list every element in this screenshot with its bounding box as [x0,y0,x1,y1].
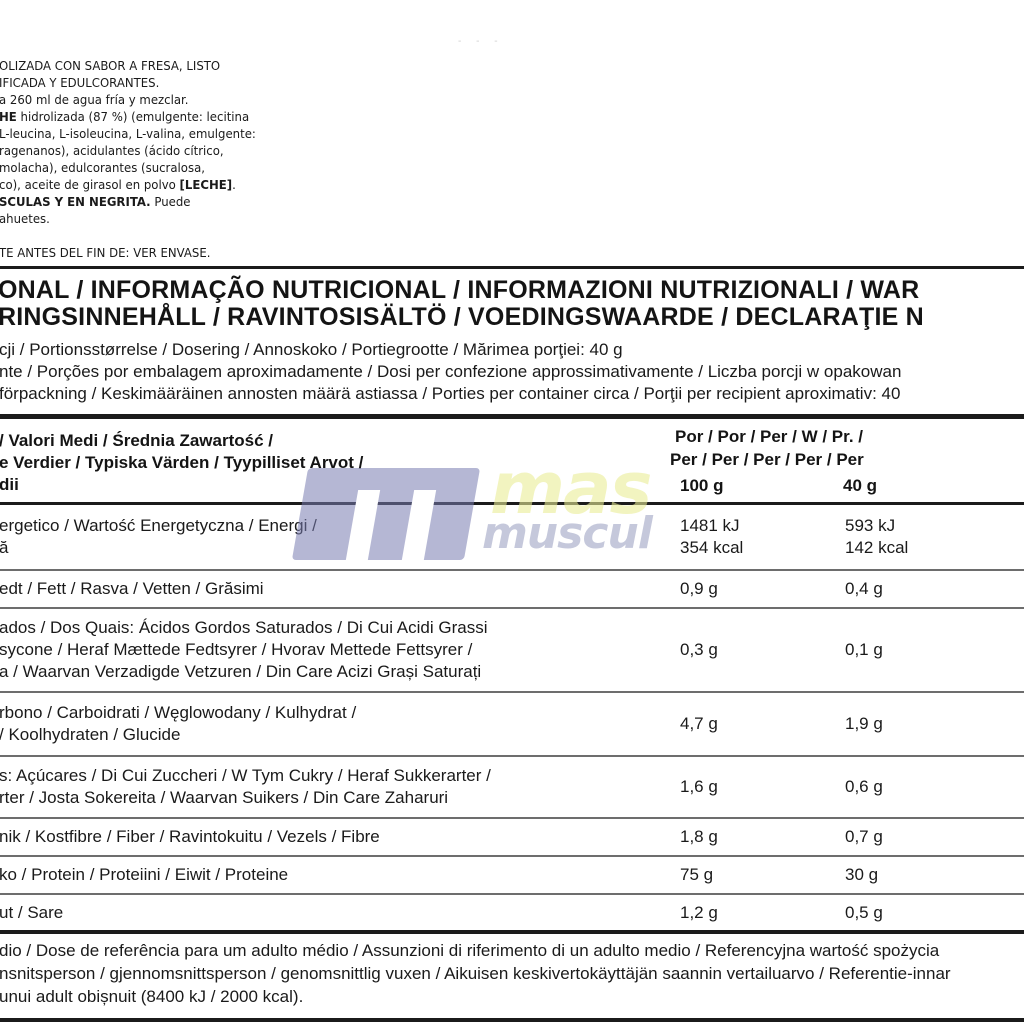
value-per-100g: 1,8 g [680,826,718,848]
value-per-serving: 0,1 g [845,639,883,661]
row-divider [0,691,1024,693]
value-per-serving: 0,4 g [845,578,883,600]
header-label: e Verdier / Typiska Värden / Tyypilliset… [0,452,363,474]
header-label: / Valori Medi / Średnia Zawartość / [0,430,273,452]
row-divider [0,855,1024,857]
ingredients-line: L-leucina, L-isoleucina, L-valina, emulg… [0,125,256,142]
servings-per-container: nte / Porções por embalagem aproximadame… [0,361,901,383]
row-divider [0,607,1024,609]
per-header: Per / Per / Per / Per / Per [670,449,864,471]
footnote: dio / Dose de referência para um adulto … [0,940,939,962]
ingredients-line: SCULAS Y EN NEGRITA. Puede [0,193,190,210]
value-per-100g: 1,6 g [680,776,718,798]
row-divider [0,755,1024,757]
ingredients-line: IFICADA Y EDULCORANTES. [0,74,159,91]
best-before: TE ANTES DEL FIN DE: VER ENVASE. [0,244,210,261]
divider [0,414,1024,419]
row-divider [0,893,1024,895]
divider [0,266,1024,269]
nutrient-label: s: Açúcares / Di Cui Zuccheri / W Tym Cu… [0,765,491,787]
value-per-serving: 142 kcal [845,537,908,559]
divider [0,930,1024,934]
nutrient-label: ă [0,537,8,559]
nutrient-label: edt / Fett / Rasva / Vetten / Grăsimi [0,578,264,600]
allergen-bold: [LECHE] [180,177,233,192]
ingredients-line: molacha), edulcorantes (sucralosa, [0,159,205,176]
ingredients-line: OLIZADA CON SABOR A FRESA, LISTO [0,57,220,74]
value-per-serving: 0,7 g [845,826,883,848]
footnote: nsnitsperson / gjennomsnittsperson / gen… [0,963,951,985]
faint-marks: - - - [458,36,504,47]
servings-per-container: förpackning / Keskimääräinen annosten mä… [0,383,900,405]
nutrient-label: ut / Sare [0,902,63,924]
col-100g-header: 100 g [680,475,723,497]
watermark-text: muscul [482,508,652,559]
nutrient-label: nik / Kostfibre / Fiber / Ravintokuitu /… [0,826,380,848]
per-header: Por / Por / Per / W / Pr. / [675,426,863,448]
value-per-serving: 30 g [845,864,878,886]
ingredients-line: co), aceite de girasol en polvo [LECHE]. [0,176,236,193]
header-label: dii [0,474,19,496]
value-per-serving: 0,6 g [845,776,883,798]
value-per-serving: 1,9 g [845,713,883,735]
ingredients-line: a 260 ml de agua fría y mezclar. [0,91,189,108]
allergen-note-bold: SCULAS Y EN NEGRITA. [0,194,151,209]
value-per-100g: 75 g [680,864,713,886]
col-serving-header: 40 g [843,475,877,497]
value-per-100g: 0,3 g [680,639,718,661]
nutrient-label: ados / Dos Quais: Ácidos Gordos Saturado… [0,617,487,639]
value-per-100g: 1,2 g [680,902,718,924]
nutrient-label: rbono / Carboidrati / Węglowodany / Kulh… [0,702,356,724]
nutrient-label: ko / Protein / Proteiini / Eiwit / Prote… [0,864,288,886]
nutrient-label: rter / Josta Sokereita / Waarvan Suikers… [0,787,448,809]
nutrient-label: / Koolhydraten / Glucide [0,724,180,746]
value-per-100g: 0,9 g [680,578,718,600]
allergen-bold: HE [0,109,17,124]
row-divider [0,817,1024,819]
divider [0,502,1024,505]
value-per-100g: 4,7 g [680,713,718,735]
value-per-serving: 0,5 g [845,902,883,924]
ingredients-line: HE hidrolizada (87 %) (emulgente: leciti… [0,108,249,125]
panel-title: ONAL / INFORMAÇÃO NUTRICIONAL / INFORMAZ… [0,277,919,304]
value-per-100g: 1481 kJ [680,515,740,537]
nutrient-label: sycone / Heraf Mættede Fedtsyrer / Hvora… [0,639,472,661]
watermark-m-mark [292,468,480,560]
panel-title: RINGSINNEHÅLL / RAVINTOSISÄLTÖ / VOEDING… [0,304,924,331]
serving-size: cji / Portionsstørrelse / Dosering / Ann… [0,339,623,361]
row-divider [0,569,1024,571]
ingredients-line: ragenanos), acidulantes (ácido cítrico, [0,142,224,159]
watermark-text: mas [490,446,650,530]
ingredients-line: ahuetes. [0,210,50,227]
watermark-logo: mas muscul [300,468,730,563]
value-per-serving: 593 kJ [845,515,895,537]
nutrient-label: ergetico / Wartość Energetyczna / Energi… [0,515,317,537]
nutrient-label: a / Waarvan Verzadigde Vetzuren / Din Ca… [0,661,481,683]
divider [0,1018,1024,1022]
footnote: unui adult obișnuit (8400 kJ / 2000 kcal… [0,986,303,1008]
value-per-100g: 354 kcal [680,537,743,559]
